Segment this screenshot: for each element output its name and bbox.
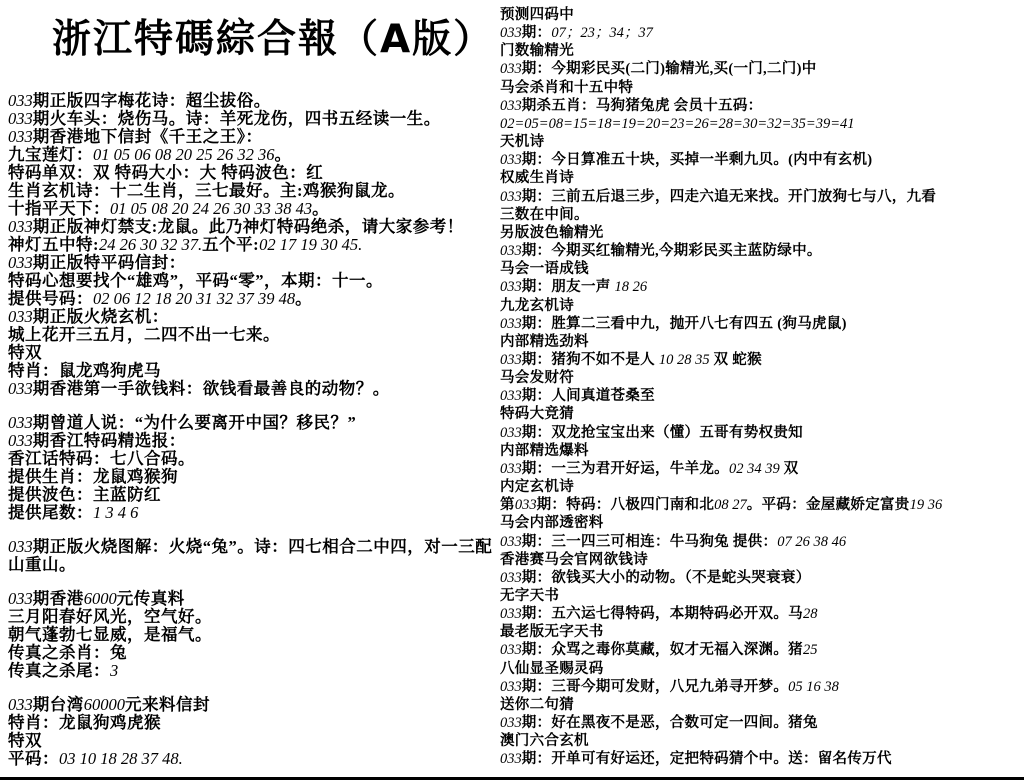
text-line: 033期：三一四三可相连：牛马狗兔 提供：07 26 38 46 <box>500 533 1020 551</box>
numerals: 033 <box>500 751 522 767</box>
numerals: 033 <box>500 425 522 441</box>
numerals: 01 05 06 08 20 25 26 32 36 <box>93 145 275 164</box>
numerals: 02 06 12 18 20 31 32 37 39 48 <box>93 289 295 308</box>
text-line: 澳门六合玄机 <box>500 732 1020 750</box>
text-line: 033期：人间真道苍桑至 <box>500 387 1020 405</box>
numerals: 033 <box>8 431 33 450</box>
text-line: 033期：双龙抢宝宝出来（懂）五哥有势权贵知 <box>500 424 1020 442</box>
numerals: 033 <box>500 25 522 41</box>
text-line: 山重山。 <box>8 556 490 574</box>
numerals: 24 26 30 32 37. <box>99 235 202 254</box>
numerals: 033 <box>8 109 33 128</box>
numerals: 033 <box>500 715 522 731</box>
text-line: 033期：猪狗不如不是人 10 28 35 双 蛇猴 <box>500 351 1020 369</box>
page-title: 浙江特碼綜合報（A版） <box>52 8 494 64</box>
text-line: 三月阳春好风光，空气好。 <box>8 608 490 626</box>
numerals: 033 <box>500 152 522 168</box>
numerals: 02 17 19 30 45. <box>259 235 362 254</box>
text-line: 神灯五中特:24 26 30 32 37.五个平:02 17 19 30 45. <box>8 236 490 254</box>
text-line: 马会内部透密料 <box>500 514 1020 532</box>
numerals: 033 <box>500 679 522 695</box>
text-line: 香港赛马会官网欲钱诗 <box>500 551 1020 569</box>
text-line: 033期：开单可有好运还，定把特码猜个中。送：留名传万代 <box>500 750 1020 768</box>
numerals: 033 <box>515 497 537 513</box>
text-section: 033期香港6000元传真料三月阳春好风光，空气好。朝气蓬勃七显威，是福气。传真… <box>8 590 490 680</box>
text-line: 内部精选爆料 <box>500 442 1020 460</box>
text-line: 城上花开三五月，二四不出一七来。 <box>8 326 490 344</box>
text-line: 033期：今期彩民买(二门)输精光,买(一门,二门)中 <box>500 60 1020 78</box>
text-line: 香江话特码：七八合码。 <box>8 450 490 468</box>
text-line: 033期香港第一手欲钱料：欲钱看最善良的动物？。 <box>8 380 490 398</box>
text-line: 提供号码：02 06 12 18 20 31 32 37 39 48。 <box>8 290 490 308</box>
text-line: 送你二句猜 <box>500 696 1020 714</box>
text-line: 特双 <box>8 732 490 750</box>
numerals: 03 10 18 28 37 48. <box>59 749 183 768</box>
numerals: 07 26 38 46 <box>777 534 846 550</box>
text-line: 033期正版四字梅花诗：超尘拔俗。 <box>8 92 490 110</box>
text-line: 033期：07；23；34；37 <box>500 24 1020 42</box>
numerals: 1 3 4 6 <box>93 503 138 522</box>
numerals: 02=05=08=15=18=19=20=23=26=28=30=32=35=3… <box>500 116 855 132</box>
text-line: 提供生肖：龙鼠鸡猴狗 <box>8 468 490 486</box>
text-line: 033期正版特平码信封： <box>8 254 490 272</box>
text-line: 033期：欲钱买大小的动物。（不是蛇头哭衰衰） <box>500 569 1020 587</box>
text-line: 天机诗 <box>500 133 1020 151</box>
numerals: 18 26 <box>614 279 647 295</box>
text-line: 第033期：特码：八极四门南和北08 27。平码：金屋藏娇定富贵19 36 <box>500 496 1020 514</box>
text-line: 传真之杀肖：兔 <box>8 644 490 662</box>
text-line: 马会一语成钱 <box>500 260 1020 278</box>
numerals: 01 05 08 20 24 26 30 33 38 43 <box>110 199 312 218</box>
text-line: 无字天书 <box>500 587 1020 605</box>
numerals: 3 <box>110 661 118 680</box>
text-line: 033期：今日算准五十块，买掉一半剩九贝。(内中有玄机) <box>500 151 1020 169</box>
text-line: 八仙显圣赐灵码 <box>500 660 1020 678</box>
text-line: 033期台湾60000元来料信封 <box>8 696 490 714</box>
text-line: 十指平天下：01 05 08 20 24 26 30 33 38 43。 <box>8 200 490 218</box>
text-line: 02=05=08=15=18=19=20=23=26=28=30=32=35=3… <box>500 115 1020 133</box>
text-line: 特肖：鼠龙鸡狗虎马 <box>8 362 490 380</box>
text-line: 033期香江特码精选报： <box>8 432 490 450</box>
text-line: 九宝莲灯：01 05 06 08 20 25 26 32 36。 <box>8 146 490 164</box>
numerals: 033 <box>500 388 522 404</box>
newspaper-page: 浙江特碼綜合報（A版） 033期正版四字梅花诗：超尘拔俗。033期火车头：烧伤马… <box>0 0 1024 780</box>
numerals: 033 <box>500 243 522 259</box>
numerals: 033 <box>500 534 522 550</box>
text-line: 033期：胜算二三看中九，抛开八七有四五 (狗马虎鼠) <box>500 315 1020 333</box>
text-line: 权威生肖诗 <box>500 169 1020 187</box>
numerals: 033 <box>500 189 522 205</box>
text-line: 特码单双：双 特码大小：大 特码波色：红 <box>8 164 490 182</box>
numerals: 033 <box>8 253 33 272</box>
text-line: 马会发财符 <box>500 369 1020 387</box>
text-line: 033期：三哥今期可发财，八兄九弟寻开梦。05 16 38 <box>500 678 1020 696</box>
numerals: 033 <box>8 413 33 432</box>
numerals: 033 <box>500 316 522 332</box>
numerals: 19 36 <box>910 497 943 513</box>
text-line: 平码：03 10 18 28 37 48. <box>8 750 490 768</box>
text-line: 另版波色输精光 <box>500 224 1020 242</box>
text-section: 033期正版火烧图解：火烧“兔”。诗：四七相合二中四，对一三配山重山。 <box>8 538 490 574</box>
text-line: 特肖：龙鼠狗鸡虎猴 <box>8 714 490 732</box>
text-line: 033期：一三为君开好运，牛羊龙。02 34 39 双 <box>500 460 1020 478</box>
numerals: 033 <box>8 307 33 326</box>
text-line: 特码大竞猜 <box>500 405 1020 423</box>
text-line: 提供波色：主蓝防红 <box>8 486 490 504</box>
text-line: 033期：众骂之毒你莫藏，奴才无福入深渊。猪25 <box>500 641 1020 659</box>
text-section: 033期曾道人说：“为什么要离开中国？移民？”033期香江特码精选报：香江话特码… <box>8 414 490 522</box>
numerals: 02 34 39 <box>729 461 780 477</box>
left-column: 033期正版四字梅花诗：超尘拔俗。033期火车头：烧伤马。诗：羊死龙伤，四书五经… <box>8 92 490 768</box>
text-line: 033期曾道人说：“为什么要离开中国？移民？” <box>8 414 490 432</box>
text-line: 033期：今期买红输精光,今期彩民买主蓝防绿中。 <box>500 242 1020 260</box>
text-line: 特双 <box>8 344 490 362</box>
text-line: 033期：好在黑夜不是恶，合数可定一四间。猪兔 <box>500 714 1020 732</box>
numerals: 033 <box>8 379 33 398</box>
numerals: 033 <box>500 642 522 658</box>
text-line: 内定玄机诗 <box>500 478 1020 496</box>
text-line: 033期香港6000元传真料 <box>8 590 490 608</box>
numerals: 033 <box>8 589 33 608</box>
text-line: 033期杀五肖：马狗猪兔虎 会员十五码： <box>500 97 1020 115</box>
text-line: 提供尾数：1 3 4 6 <box>8 504 490 522</box>
numerals: 033 <box>8 217 33 236</box>
text-line: 033期正版神灯禁支:龙鼠。此乃神灯特码绝杀，请大家参考！ <box>8 218 490 236</box>
numerals: 07；23；34；37 <box>551 25 653 41</box>
numerals: 033 <box>500 352 522 368</box>
numerals: 25 <box>803 642 818 658</box>
text-line: 033期：五六运七得特码，本期特码必开双。马28 <box>500 605 1020 623</box>
text-line: 预测四码中 <box>500 6 1020 24</box>
text-line: 033期：三前五后退三步，四走六追无来找。开门放狗七与八，九看 <box>500 188 1020 206</box>
numerals: 033 <box>500 61 522 77</box>
right-column: 预测四码中033期：07；23；34；37门数输精光033期：今期彩民买(二门)… <box>500 6 1020 769</box>
numerals: 6000 <box>84 589 117 608</box>
text-line: 033期正版火烧玄机： <box>8 308 490 326</box>
numerals: 05 16 38 <box>788 679 839 695</box>
numerals: 60000 <box>84 695 125 714</box>
text-line: 033期正版火烧图解：火烧“兔”。诗：四七相合二中四，对一三配 <box>8 538 490 556</box>
numerals: 08 27 <box>714 497 747 513</box>
text-section: 033期正版四字梅花诗：超尘拔俗。033期火车头：烧伤马。诗：羊死龙伤，四书五经… <box>8 92 490 398</box>
numerals: 033 <box>500 98 522 114</box>
numerals: 033 <box>8 537 33 556</box>
numerals: 033 <box>500 279 522 295</box>
text-line: 特码心想要找个“雄鸡”，平码“零”，本期：十一。 <box>8 272 490 290</box>
text-line: 内部精选劲料 <box>500 333 1020 351</box>
numerals: 033 <box>500 461 522 477</box>
text-line: 生肖玄机诗：十二生肖，三七最好。主:鸡猴狗鼠龙。 <box>8 182 490 200</box>
text-line: 033期香港地下信封《千王之王》： <box>8 128 490 146</box>
text-line: 三数在中间。 <box>500 206 1020 224</box>
text-line: 门数输精光 <box>500 42 1020 60</box>
text-line: 马会杀肖和十五中特 <box>500 79 1020 97</box>
numerals: 033 <box>8 91 33 110</box>
text-line: 九龙玄机诗 <box>500 297 1020 315</box>
text-section: 033期台湾60000元来料信封特肖：龙鼠狗鸡虎猴特双平码：03 10 18 2… <box>8 696 490 768</box>
text-line: 033期：朋友一声 18 26 <box>500 278 1020 296</box>
text-line: 朝气蓬勃七显威，是福气。 <box>8 626 490 644</box>
numerals: 033 <box>8 127 33 146</box>
text-line: 033期火车头：烧伤马。诗：羊死龙伤，四书五经读一生。 <box>8 110 490 128</box>
numerals: 033 <box>500 606 522 622</box>
text-line: 最老版无字天书 <box>500 623 1020 641</box>
numerals: 033 <box>8 695 33 714</box>
numerals: 28 <box>803 606 818 622</box>
numerals: 033 <box>500 570 522 586</box>
text-line: 传真之杀尾：3 <box>8 662 490 680</box>
numerals: 10 28 35 <box>659 352 710 368</box>
